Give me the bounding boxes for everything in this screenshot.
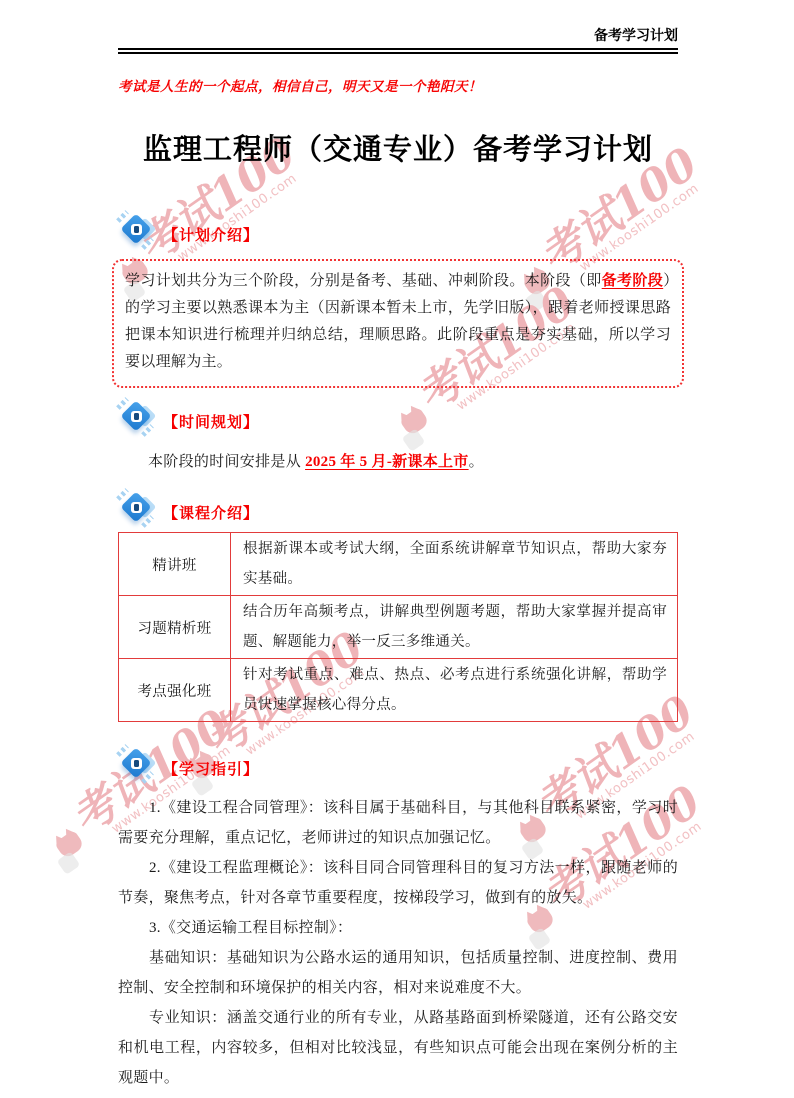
document-page: 考试100 www.kooshi100.com 考试100 www.kooshi… (0, 0, 794, 1098)
study-guide-body: 1.《建设工程合同管理》：该科目属于基础科目，与其他科目联系紧密，学习时需要充分… (118, 793, 678, 1093)
document-title: 监理工程师（交通专业）备考学习计划 (118, 127, 678, 168)
section-heading: 【学习指引】 (163, 758, 259, 782)
time-plan-highlight: 2025 年 5 月-新课本上市 (305, 454, 469, 470)
course-desc-cell: 结合历年高频考点，讲解典型例题考题，帮助大家掌握并提高审题、解题能力，举一反三多… (231, 596, 678, 659)
guide-paragraph: 专业知识：涵盖交通行业的所有专业，从路基路面到桥梁隧道，还有公路交安和机电工程，… (118, 1003, 678, 1093)
table-row: 考点强化班 针对考试重点、难点、热点、必考点进行系统强化讲解，帮助学员快速掌握核… (119, 659, 678, 722)
table-row: 习题精析班 结合历年高频考点，讲解典型例题考题，帮助大家掌握并提高审题、解题能力… (119, 596, 678, 659)
course-name-cell: 精讲班 (119, 533, 231, 596)
blue-diamond-document-icon (118, 488, 156, 526)
blue-diamond-document-icon (118, 744, 156, 782)
time-plan-text: 本阶段的时间安排是从 (148, 454, 305, 470)
plan-intro-highlight: 备考阶段 (602, 273, 664, 289)
plan-intro-box: 学习计划共分为三个阶段，分别是备考、基础、冲刺阶段。本阶段（即备考阶段）的学习主… (112, 259, 684, 388)
section-heading: 【课程介绍】 (163, 502, 259, 526)
course-desc-cell: 根据新课本或考试大纲，全面系统讲解章节知识点，帮助大家夯实基础。 (231, 533, 678, 596)
motto-line: 考试是人生的一个起点，相信自己，明天又是一个艳阳天！ (118, 75, 678, 95)
section-header-course-intro: 【课程介绍】 (118, 488, 678, 526)
page-header-title: 备考学习计划 (118, 0, 678, 45)
guide-paragraph: 3.《交通运输工程目标控制》： (118, 913, 678, 943)
course-name-cell: 考点强化班 (119, 659, 231, 722)
section-header-time-plan: 【时间规划】 (118, 397, 678, 435)
table-row: 精讲班 根据新课本或考试大纲，全面系统讲解章节知识点，帮助大家夯实基础。 (119, 533, 678, 596)
section-header-study-guide: 【学习指引】 (118, 744, 678, 782)
course-desc-cell: 针对考试重点、难点、热点、必考点进行系统强化讲解，帮助学员快速掌握核心得分点。 (231, 659, 678, 722)
guide-paragraph: 基础知识：基础知识为公路水运的通用知识，包括质量控制、进度控制、费用控制、安全控… (118, 943, 678, 1003)
guide-paragraph: 1.《建设工程合同管理》：该科目属于基础科目，与其他科目联系紧密，学习时需要充分… (118, 793, 678, 853)
course-name-cell: 习题精析班 (119, 596, 231, 659)
kaoshi100-logo-icon (54, 830, 85, 860)
course-table: 精讲班 根据新课本或考试大纲，全面系统讲解章节知识点，帮助大家夯实基础。 习题精… (118, 532, 678, 722)
section-header-plan-intro: 【计划介绍】 (118, 210, 678, 248)
blue-diamond-document-icon (118, 397, 156, 435)
document-content: 备考学习计划 考试是人生的一个起点，相信自己，明天又是一个艳阳天！ 监理工程师（… (118, 0, 678, 1093)
plan-intro-text: 学习计划共分为三个阶段，分别是备考、基础、冲刺阶段。本阶段（即 (125, 273, 602, 289)
time-plan-paragraph: 本阶段的时间安排是从 2025 年 5 月-新课本上市。 (118, 448, 678, 476)
time-plan-text: 。 (469, 454, 484, 470)
section-heading: 【时间规划】 (163, 411, 259, 435)
section-heading: 【计划介绍】 (163, 224, 259, 248)
header-rule (118, 48, 678, 54)
guide-paragraph: 2.《建设工程监理概论》：该科目同合同管理科目的复习方法一样，跟随老师的节奏，聚… (118, 853, 678, 913)
blue-diamond-document-icon (118, 210, 156, 248)
